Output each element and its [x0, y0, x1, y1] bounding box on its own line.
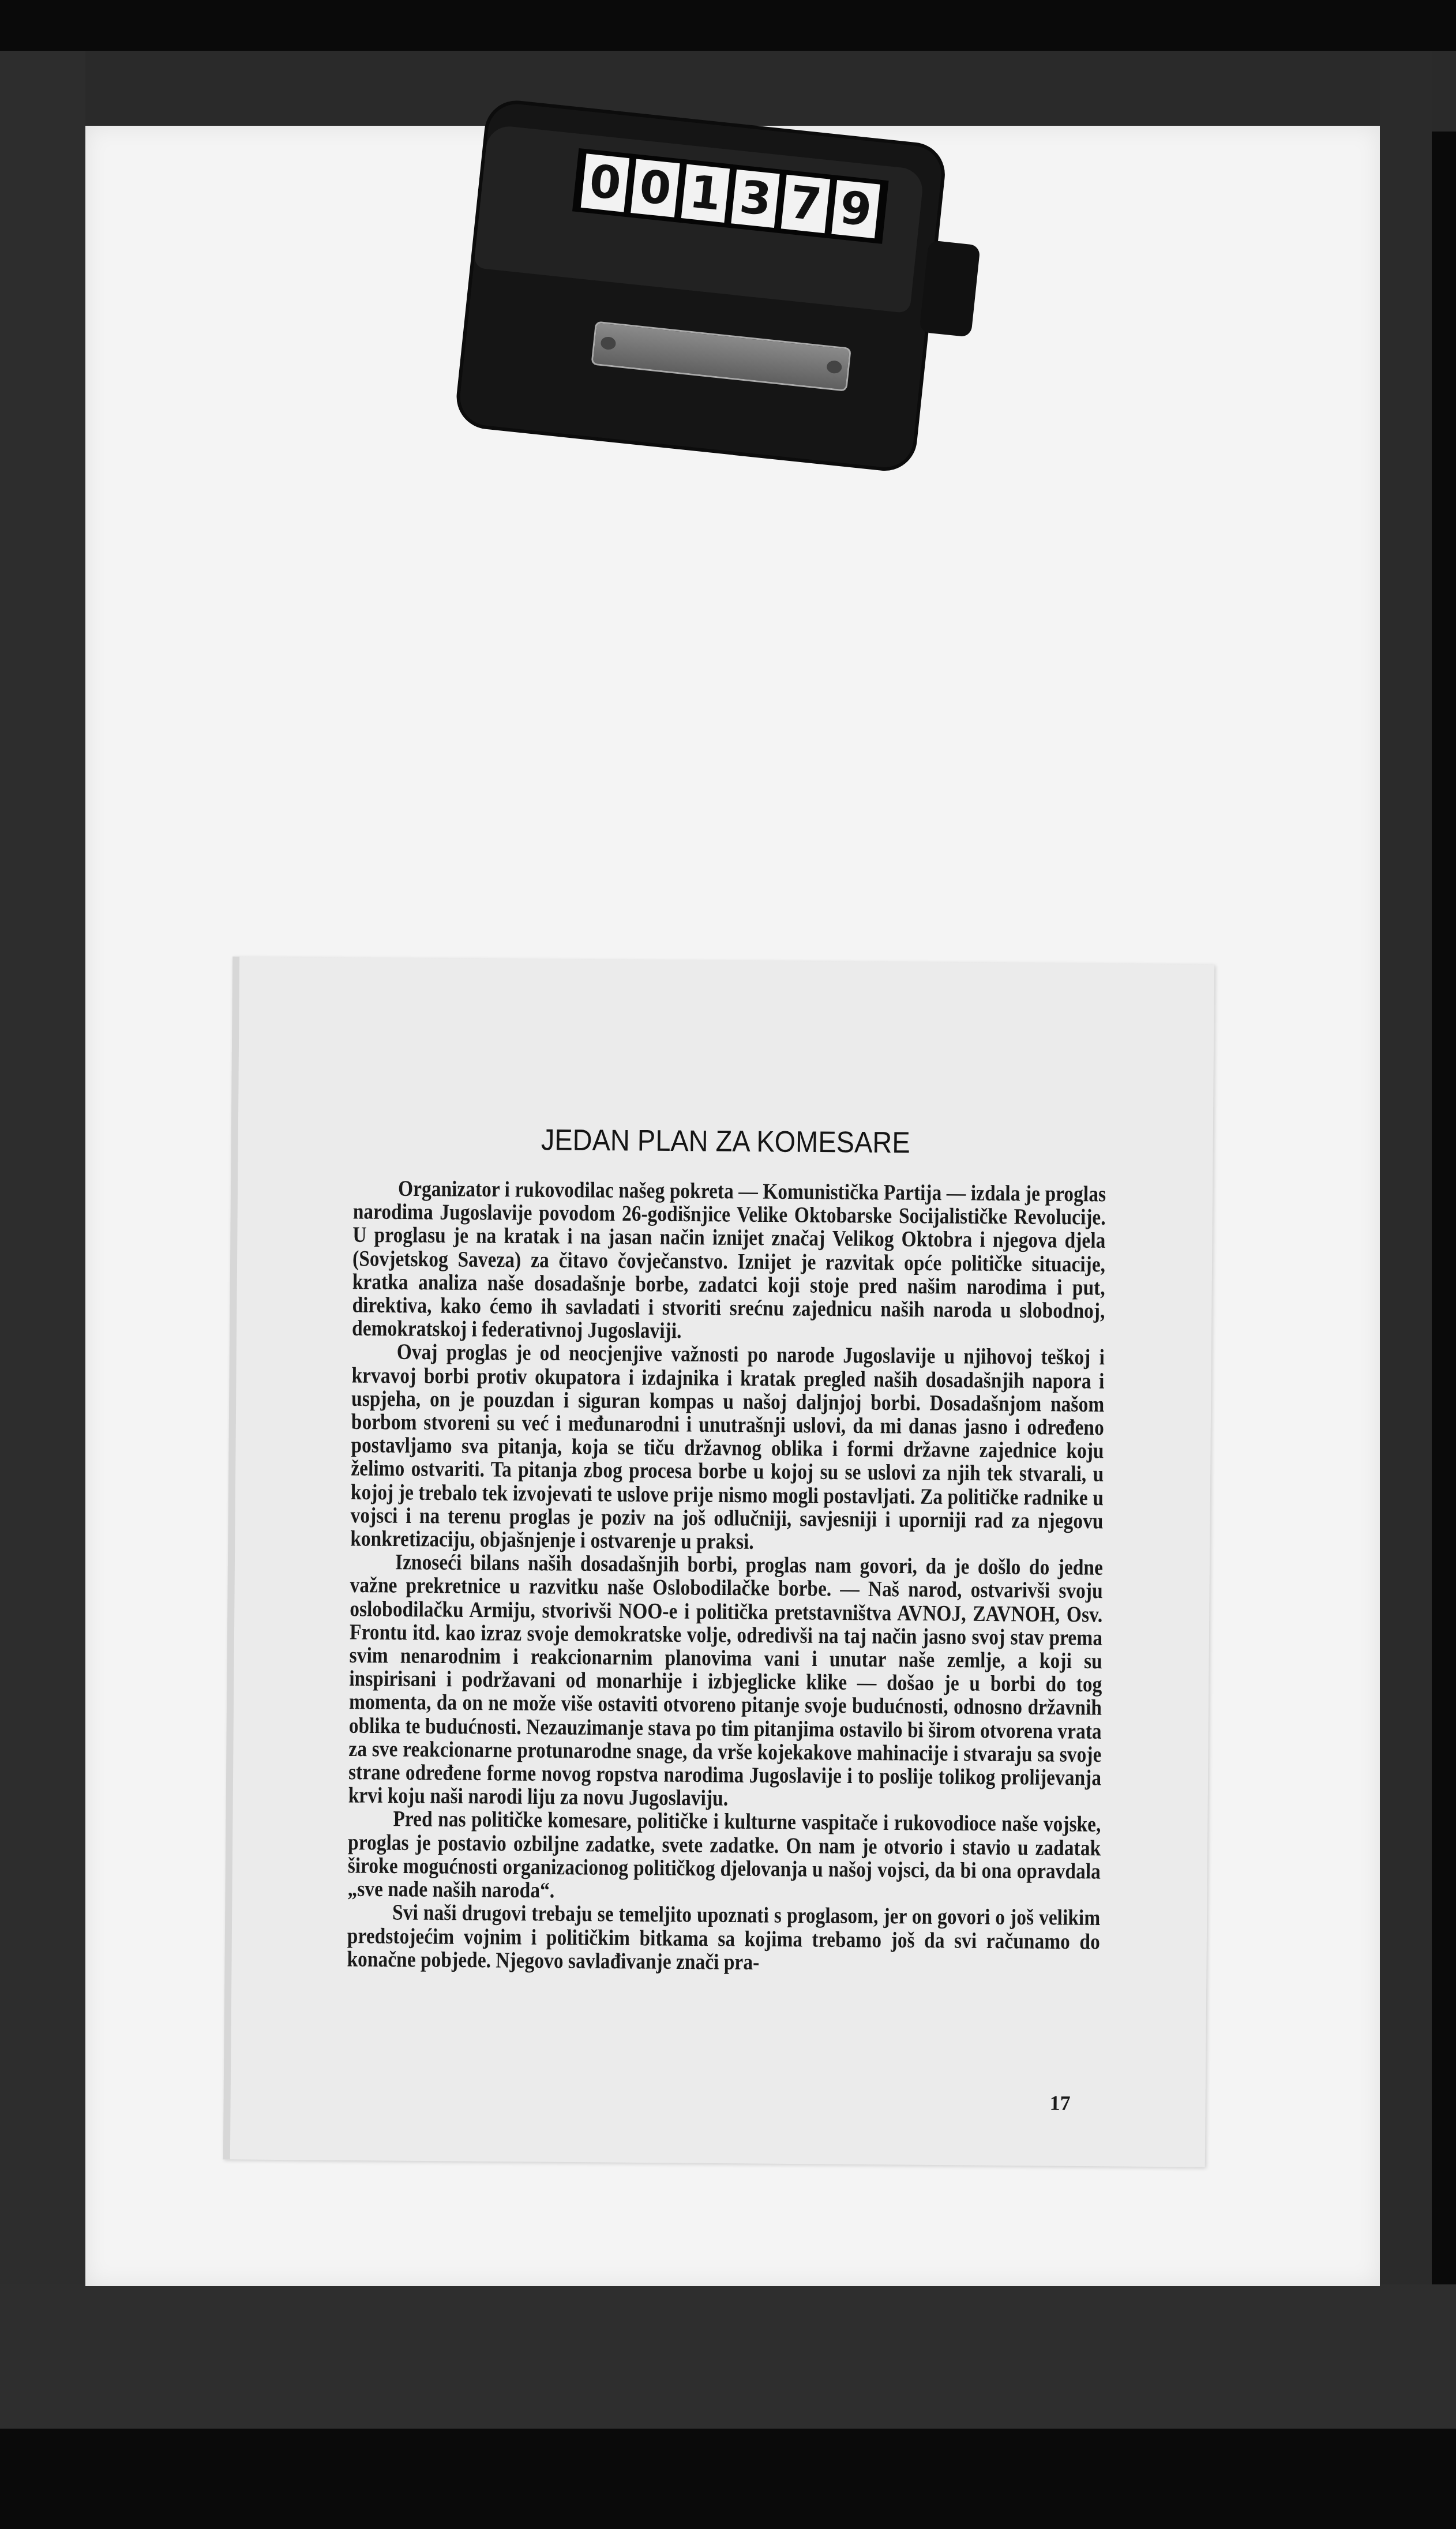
- film-border-right: [1380, 51, 1432, 2404]
- paragraph: Organizator i rukovodilac našeg pokreta …: [352, 1177, 1106, 1346]
- counter-digit: 0: [631, 159, 680, 217]
- page-number: 17: [1049, 2091, 1070, 2115]
- film-border-bottom: [0, 2284, 1456, 2429]
- paragraph: Ovaj proglas je od neocjenjive važnosti …: [350, 1340, 1105, 1556]
- document-page: JEDAN PLAN ZA KOMESARE Organizator i ruk…: [223, 956, 1214, 2167]
- counter-knob-icon: [919, 240, 980, 337]
- counter-digit: 9: [831, 180, 880, 238]
- counter-digit: 7: [781, 175, 830, 233]
- counter-digit: 3: [731, 170, 780, 228]
- document-body: Organizator i rukovodilac našeg pokreta …: [347, 1177, 1106, 1977]
- counter-digit: 0: [581, 153, 630, 212]
- film-border-left: [0, 51, 85, 2404]
- counter-digit: 1: [681, 164, 730, 223]
- frame-counter: 0 0 1 3 7 9: [445, 89, 1009, 483]
- paragraph: Svi naši drugovi trebaju se temeljito up…: [347, 1901, 1100, 1977]
- paragraph: Pred nas političke komesare, političke i…: [347, 1807, 1101, 1907]
- paragraph: Iznoseći bilans naših dosadašnjih borbi,…: [348, 1551, 1103, 1814]
- document-title: JEDAN PLAN ZA KOMESARE: [238, 1120, 1213, 1162]
